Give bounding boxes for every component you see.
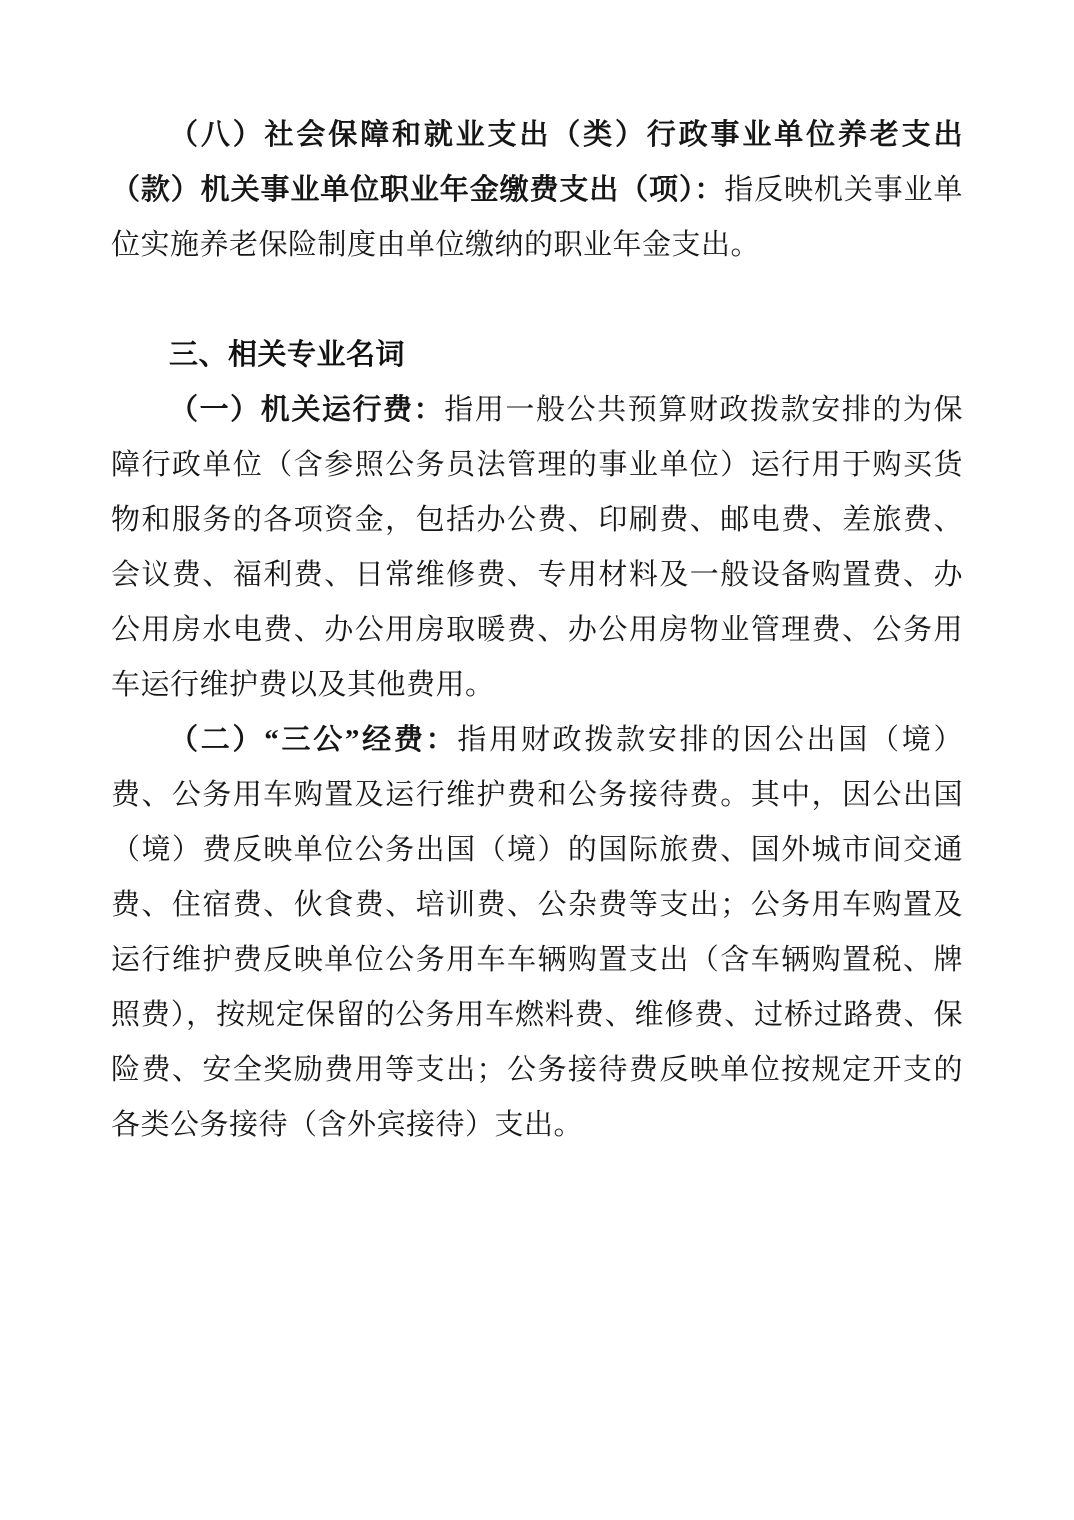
paragraph-three-public-body: 指用财政拨款安排的因公出国（境）费、公务用车购置及运行维护费和公务接待费。其中，… bbox=[111, 724, 963, 1141]
paragraph-pension-expenditure: （八）社会保障和就业支出（类）行政事业单位养老支出（款）机关事业单位职业年金缴费… bbox=[111, 108, 963, 273]
paragraph-agency-operating-body: 指用一般公共预算财政拨款安排的为保障行政单位（含参照公务员法管理的事业单位）运行… bbox=[111, 394, 963, 701]
paragraph-agency-operating-lead: （一）机关运行费： bbox=[169, 394, 444, 426]
document-page: （八）社会保障和就业支出（类）行政事业单位养老支出（款）机关事业单位职业年金缴费… bbox=[0, 0, 1074, 1520]
paragraph-three-public-lead: （二）“三公”经费： bbox=[169, 724, 457, 756]
paragraph-three-public-funds: （二）“三公”经费：指用财政拨款安排的因公出国（境）费、公务用车购置及运行维护费… bbox=[111, 713, 963, 1153]
paragraph-agency-operating-cost: （一）机关运行费：指用一般公共预算财政拨款安排的为保障行政单位（含参照公务员法管… bbox=[111, 383, 963, 713]
section-heading-related-terms: 三、相关专业名词 bbox=[111, 328, 963, 383]
